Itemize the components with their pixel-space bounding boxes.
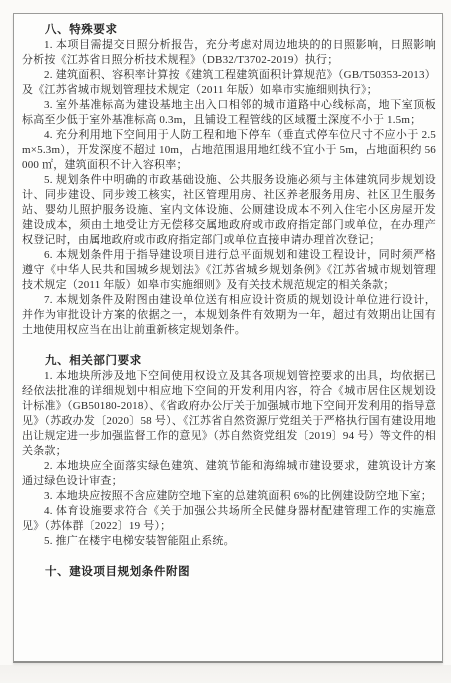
document-content: 八、特殊要求 1. 本项目需提交日照分析报告，充分考虑对周边地块的的日照影响，日… [14, 14, 442, 580]
section-9-item-3: 3. 本地块应按照不含应建防空地下室的总建筑面积 6%的比例建设防空地下室； [22, 489, 436, 504]
section-8-item-5: 5. 规划条件中明确的市政基础设施、公共服务设施必须与主体建筑同步规划设计、同步… [22, 173, 436, 248]
section-9-item-4: 4. 体育设施要求符合《关于加强公共场所全民健身器材配建管理工作的实施意见》（苏… [22, 504, 436, 534]
section-8-item-2: 2. 建筑面积、容积率计算按《建筑工程建筑面积计算规范》（GB/T50353-2… [22, 68, 436, 98]
section-8-item-6: 6. 本规划条件用于指导建设项目进行总平面规划和建设工程设计，同时须严格遵守《中… [22, 248, 436, 293]
page-border-box: 八、特殊要求 1. 本项目需提交日照分析报告，充分考虑对周边地块的的日照影响，日… [13, 13, 443, 663]
section-8-heading: 八、特殊要求 [22, 23, 436, 38]
section-8-item-7: 7. 本规划条件及附图由建设单位送有相应设计资质的规划设计单位进行设计，并作为审… [22, 293, 436, 338]
scan-bottom-margin [0, 665, 451, 683]
section-8-item-4: 4. 充分利用地下空间用于人防工程和地下停车（垂直式停车位尺寸不应小于 2.5m… [22, 128, 436, 173]
section-9-heading: 九、相关部门要求 [22, 354, 436, 369]
section-8-item-3: 3. 室外基准标高为建设基地主出入口相邻的城市道路中心线标高，地下室顶板标高至少… [22, 98, 436, 128]
section-10-heading: 十、建设项目规划条件附图 [22, 565, 436, 580]
section-9-item-1: 1. 本地块所涉及地下空间使用权设立及其各项规划管控要求的出具，均依据已经依法批… [22, 369, 436, 459]
section-9-item-2: 2. 本地块应全面落实绿色建筑、建筑节能和海绵城市建设要求，建筑设计方案通过绿色… [22, 459, 436, 489]
scanned-document: 八、特殊要求 1. 本项目需提交日照分析报告，充分考虑对周边地块的的日照影响，日… [0, 0, 451, 683]
section-9-item-5: 5. 推广在楼宇电梯安装智能阻止系统。 [22, 534, 436, 549]
section-8-item-1: 1. 本项目需提交日照分析报告，充分考虑对周边地块的的日照影响，日照影响分析按《… [22, 38, 436, 68]
